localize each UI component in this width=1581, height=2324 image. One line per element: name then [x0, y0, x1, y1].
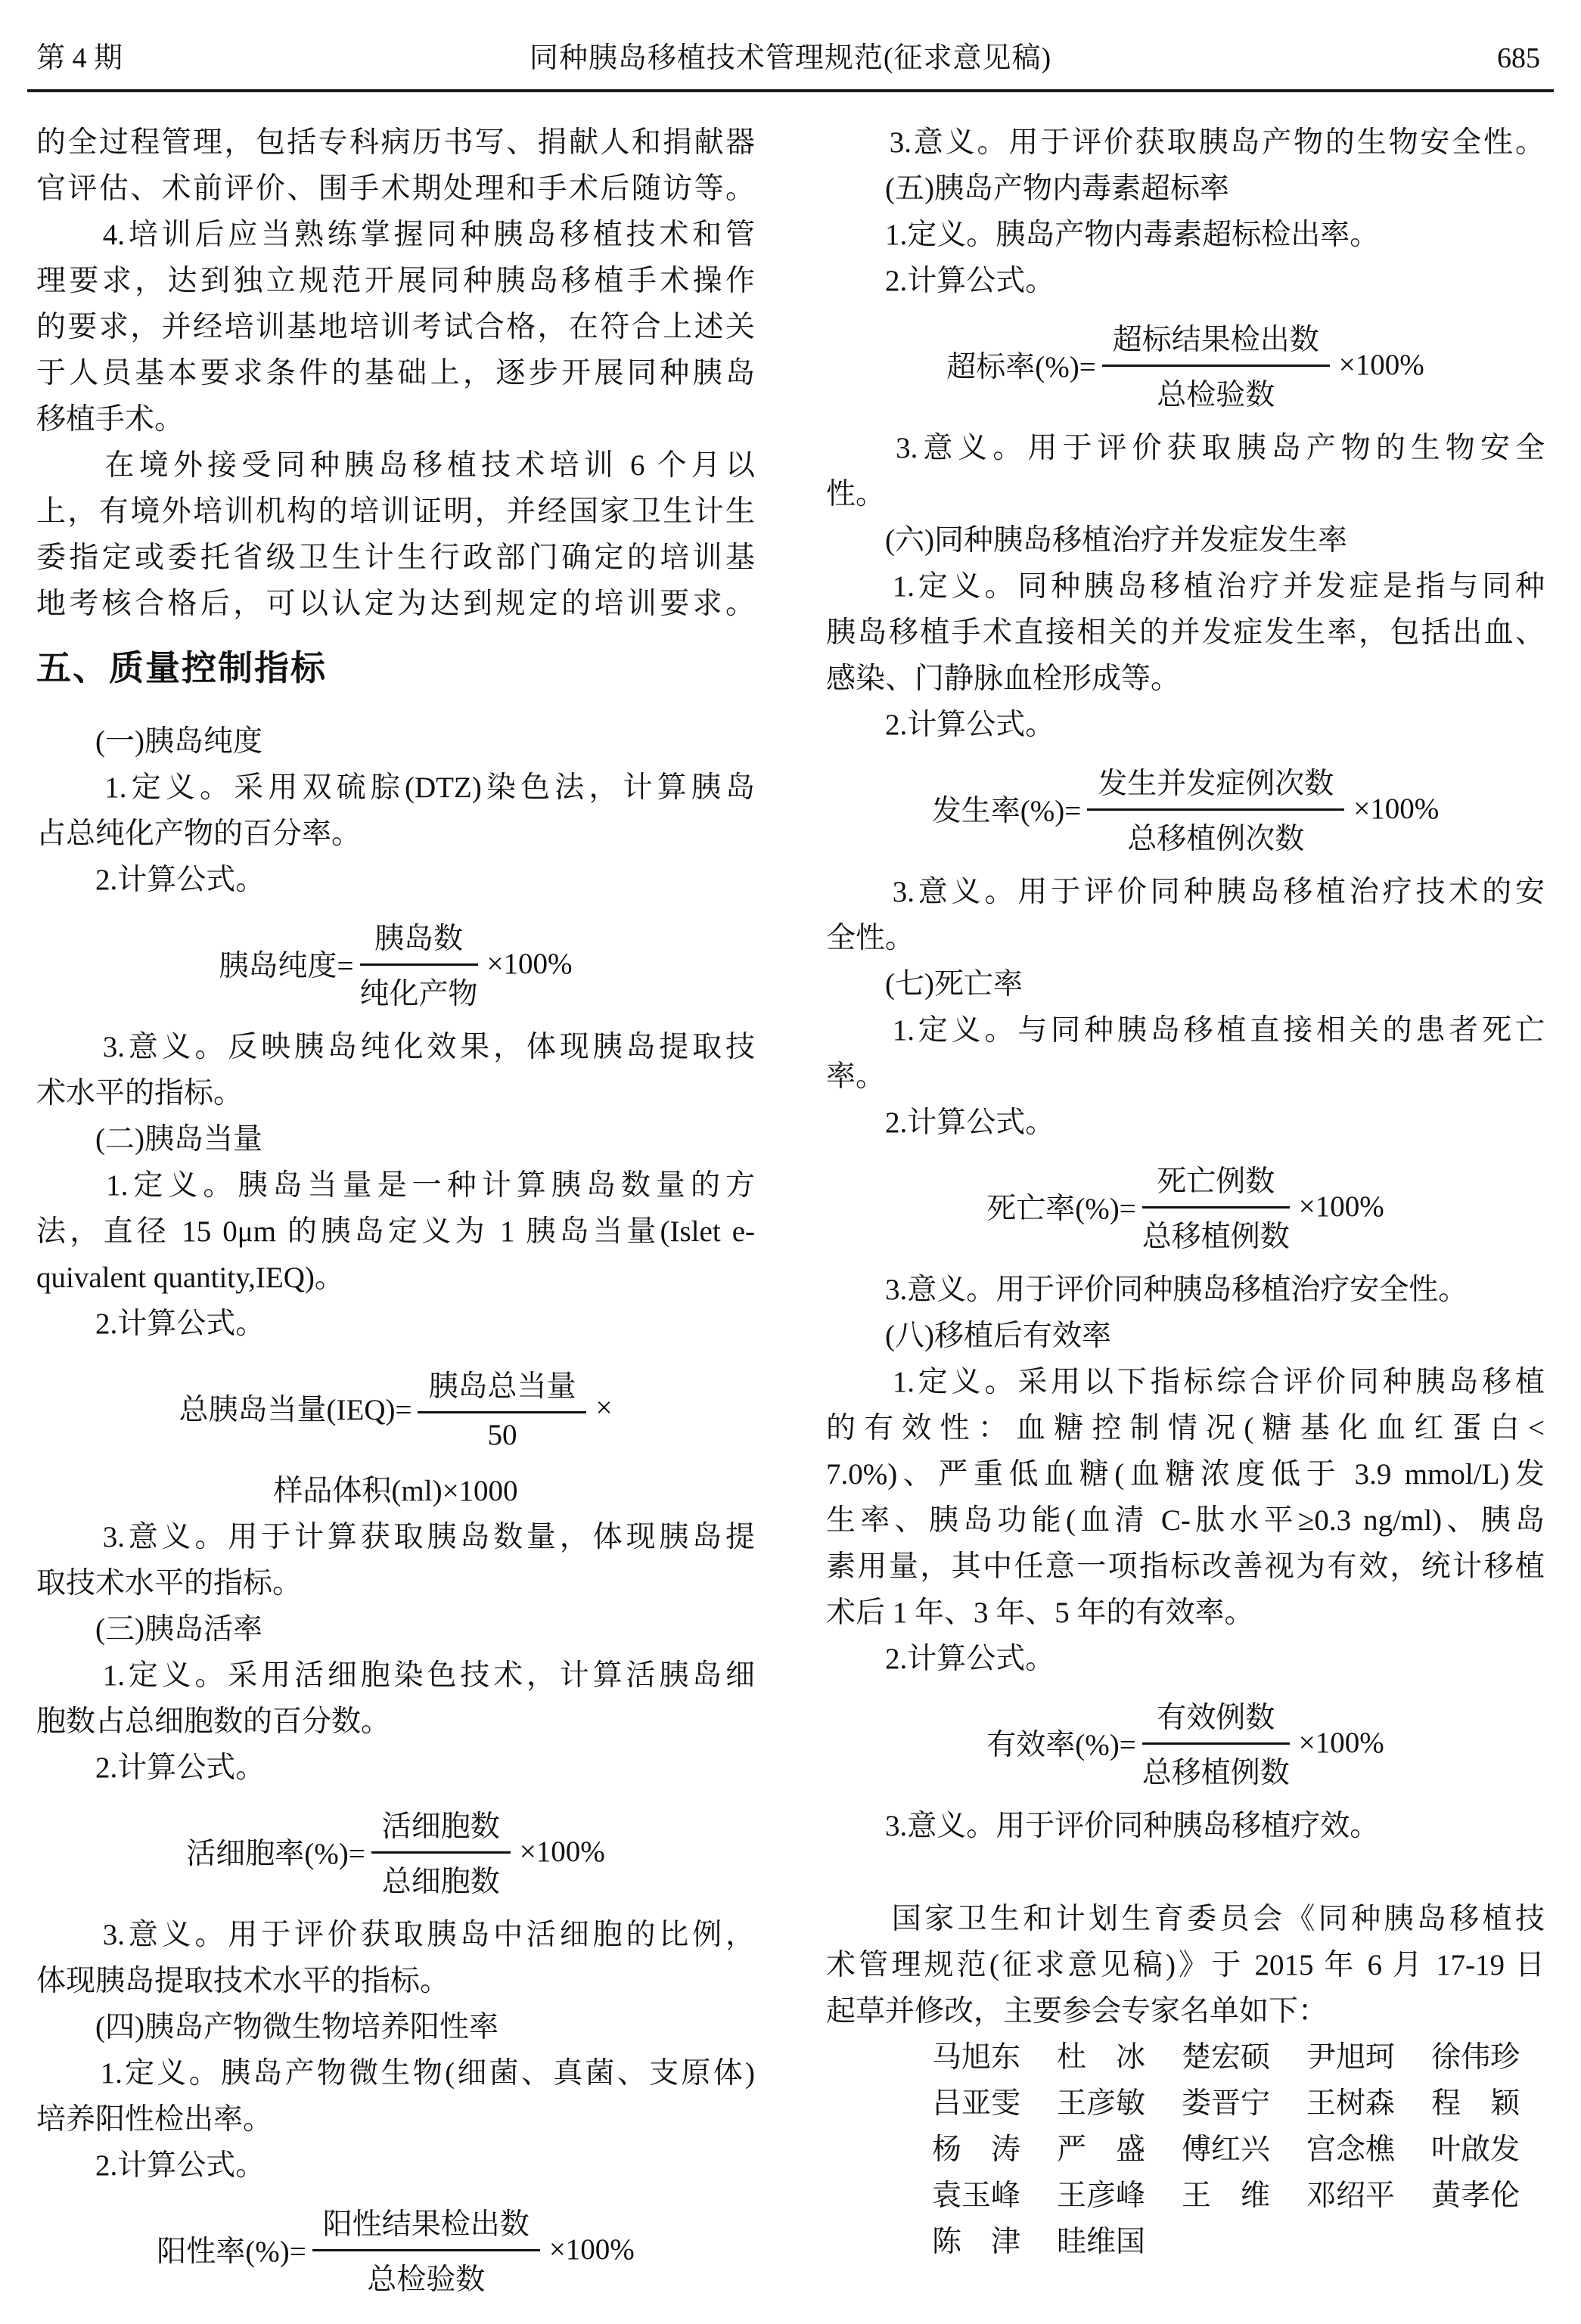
fraction: 发生并发症例次数总移植例次数	[1087, 760, 1344, 858]
expert-name: 徐伟珍	[1431, 2034, 1520, 2080]
fraction: 胰岛数纯化产物	[360, 915, 478, 1013]
text-line: 2.计算公式。	[826, 702, 1545, 748]
expert-name: 傅红兴	[1182, 2127, 1270, 2173]
expert-name: 娄晋宁	[1182, 2080, 1270, 2127]
expert-name: 邓绍平	[1306, 2173, 1395, 2219]
expert-name: 尹旭珂	[1306, 2034, 1395, 2080]
expert-name: 楚宏硕	[1182, 2034, 1270, 2080]
formula-suffix: ×100%	[1353, 792, 1439, 826]
left-column: 的全过程管理，包括专科病历书写、捐献人和捐献器官评估、术前评价、围手术期处理和手…	[36, 119, 755, 2310]
formula-suffix: ×100%	[1299, 1726, 1384, 1760]
text-line: 胰岛移植手术直接相关的并发症发生率，包括出血、	[826, 610, 1545, 656]
formula: 超标率(%)=超标结果检出数总检验数×100%	[826, 304, 1545, 425]
formula: 活细胞率(%)=活细胞数总细胞数×100%	[36, 1791, 755, 1912]
fraction-denominator: 总检验数	[312, 2251, 540, 2298]
text-line: 感染、门静脉血栓形成等。	[826, 656, 1545, 702]
fraction: 有效例数总移植例数	[1142, 1694, 1290, 1792]
names-row: 杨 涛严 盛傅红兴宫念樵叶啟发	[826, 2127, 1545, 2173]
fraction-denominator: 总检验数	[1102, 367, 1330, 414]
text-line: (五)胰岛产物内毒素超标率	[826, 166, 1545, 212]
names-row: 陈 津眭维国	[826, 2219, 1545, 2265]
formula: 总胰岛当量(IEQ)=胰岛总当量50×	[36, 1347, 755, 1468]
expert-name: 马旭东	[932, 2034, 1020, 2080]
formula: 胰岛纯度=胰岛数纯化产物×100%	[36, 903, 755, 1024]
expert-name: 程 颖	[1431, 2080, 1520, 2127]
formula-label: 有效率(%)=	[986, 1721, 1135, 1764]
text-line: 2.计算公式。	[826, 1100, 1545, 1146]
text-line: 2.计算公式。	[36, 1301, 755, 1347]
names-row: 袁玉峰王彦峰王 维邓绍平黄孝伦	[826, 2173, 1545, 2219]
fraction: 胰岛总当量50	[418, 1363, 586, 1452]
fraction-denominator: 总移植例数	[1142, 1745, 1290, 1792]
text-line: 的要求，并经培训基地培训考试合格，在符合上述关	[36, 304, 755, 350]
text-line: 3.意义。用于评价同种胰岛移植治疗安全性。	[826, 1267, 1545, 1313]
expert-name: 陈 津	[932, 2219, 1020, 2265]
journal-page: 第 4 期 同种胰岛移植技术管理规范(征求意见稿) 685 的全过程管理，包括专…	[0, 0, 1581, 2324]
names-row: 马旭东杜 冰楚宏硕尹旭珂徐伟珍	[826, 2034, 1545, 2080]
formula-label: 超标率(%)=	[946, 343, 1095, 386]
right-column: 3.意义。用于评价获取胰岛产物的生物安全性。 (五)胰岛产物内毒素超标率 1.定…	[826, 119, 1545, 2265]
text-line: 2.计算公式。	[36, 1745, 755, 1791]
fraction: 超标结果检出数总检验数	[1102, 316, 1330, 414]
fraction-numerator: 有效例数	[1142, 1694, 1290, 1745]
formula: 发生率(%)=发生并发症例次数总移植例次数×100%	[826, 748, 1545, 869]
expert-name: 吕亚雯	[932, 2080, 1020, 2127]
text-line: 的有效性：血糖控制情况(糖基化血红蛋白<	[826, 1405, 1545, 1451]
formula-suffix: ×100%	[487, 947, 573, 981]
expert-name: 严 盛	[1057, 2127, 1145, 2173]
formula-suffix: ×	[595, 1391, 612, 1425]
text-line: 7.0%)、严重低血糖(血糖浓度低于 3.9 mmol/L)发	[826, 1451, 1545, 1497]
text-line: 率。	[826, 1053, 1545, 1100]
expert-name: 杨 涛	[932, 2127, 1020, 2173]
expert-name: 王树森	[1306, 2080, 1395, 2127]
formula-suffix: ×100%	[1339, 348, 1424, 382]
formula-label: 阳性率(%)=	[157, 2228, 306, 2270]
fraction-numerator: 死亡例数	[1142, 1158, 1290, 1209]
text-line: 4.培训后应当熟练掌握同种胰岛移植技术和管	[36, 212, 755, 258]
fraction-denominator: 纯化产物	[360, 966, 478, 1013]
text-line: 3.意义。用于评价获取胰岛中活细胞的比例，	[36, 1912, 755, 1958]
fraction-numerator: 胰岛数	[360, 915, 478, 966]
text-line: 移植手术。	[36, 396, 755, 442]
formula: 死亡率(%)=死亡例数总移植例数×100%	[826, 1146, 1545, 1267]
fraction-denominator: 总细胞数	[371, 1854, 511, 1900]
fraction-numerator: 胰岛总当量	[418, 1363, 586, 1413]
expert-name: 黄孝伦	[1431, 2173, 1520, 2219]
expert-name: 王彦敏	[1057, 2080, 1145, 2127]
fraction-denominator: 50	[418, 1413, 586, 1452]
text-line: 3.意义。用于评价同种胰岛移植治疗技术的安	[826, 869, 1545, 915]
running-title: 同种胰岛移植技术管理规范(征求意见稿)	[36, 39, 1545, 77]
text-line: 1.定义。胰岛产物微生物(细菌、真菌、支原体)	[36, 2050, 755, 2096]
text-line: quivalent quantity,IEQ)。	[36, 1255, 755, 1301]
header-rule	[27, 89, 1554, 92]
fraction-denominator: 总移植例次数	[1087, 811, 1344, 858]
expert-name: 王 维	[1182, 2173, 1270, 2219]
text-line: 于人员基本要求条件的基础上，逐步开展同种胰岛	[36, 350, 755, 396]
text-line: 在境外接受同种胰岛移植技术培训 6 个月以	[36, 442, 755, 489]
text-line: 取技术水平的指标。	[36, 1560, 755, 1606]
text-line: 1.定义。采用以下指标综合评价同种胰岛移植	[826, 1359, 1545, 1405]
formula: 阳性率(%)=阳性结果检出数总检验数×100%	[36, 2189, 755, 2310]
formula-continuation: 样品体积(ml)×1000	[36, 1468, 755, 1514]
text-line: 1.定义。与同种胰岛移植直接相关的患者死亡	[826, 1007, 1545, 1053]
text-line: 2.计算公式。	[826, 258, 1545, 304]
text-line: 地考核合格后，可以认定为达到规定的培训要求。	[36, 581, 755, 627]
expert-name: 眭维国	[1057, 2219, 1145, 2265]
text-line: 1.定义。同种胰岛移植治疗并发症是指与同种	[826, 563, 1545, 610]
text-line: 术水平的指标。	[36, 1070, 755, 1116]
text-line: 上，有境外培训机构的培训证明，并经国家卫生计生	[36, 489, 755, 535]
section-heading: 五、质量控制指标	[36, 627, 755, 718]
text-line: 2.计算公式。	[36, 857, 755, 903]
text-line: 3.意义。用于评价获取胰岛产物的生物安全	[826, 425, 1545, 471]
spacer	[826, 1849, 1545, 1896]
text-line: 委指定或委托省级卫生计生行政部门确定的培训基	[36, 535, 755, 581]
text-line: 理要求，达到独立规范开展同种胰岛移植手术操作	[36, 258, 755, 304]
text-line: 2.计算公式。	[826, 1636, 1545, 1682]
text-line: (六)同种胰岛移植治疗并发症发生率	[826, 517, 1545, 563]
page-number: 685	[1497, 39, 1540, 77]
fraction: 活细胞数总细胞数	[371, 1803, 511, 1900]
text-line: 官评估、术前评价、围手术期处理和手术后随访等。	[36, 166, 755, 212]
names-row: 吕亚雯王彦敏娄晋宁王树森程 颖	[826, 2080, 1545, 2127]
formula-label: 总胰岛当量(IEQ)=	[179, 1386, 412, 1429]
text-line: (一)胰岛纯度	[36, 718, 755, 765]
expert-name: 叶啟发	[1431, 2127, 1520, 2173]
text-line: 生率、胰岛功能(血清 C-肽水平≥0.3 ng/ml)、胰岛	[826, 1497, 1545, 1544]
text-line: (七)死亡率	[826, 961, 1545, 1007]
text-line: 1.定义。采用双硫腙(DTZ)染色法，计算胰岛	[36, 765, 755, 811]
text-line: (二)胰岛当量	[36, 1116, 755, 1162]
text-line: 3.意义。用于计算获取胰岛数量，体现胰岛提	[36, 1514, 755, 1560]
fraction-numerator: 阳性结果检出数	[312, 2201, 540, 2251]
text-line: 1.定义。胰岛产物内毒素超标检出率。	[826, 212, 1545, 258]
text-line: 性。	[826, 471, 1545, 517]
text-line: 的全过程管理，包括专科病历书写、捐献人和捐献器	[36, 119, 755, 166]
expert-name: 杜 冰	[1057, 2034, 1145, 2080]
formula-label: 活细胞率(%)=	[186, 1830, 365, 1873]
formula-suffix: ×100%	[520, 1835, 605, 1869]
text-line: (八)移植后有效率	[826, 1313, 1545, 1359]
formula-suffix: ×100%	[1299, 1190, 1384, 1224]
text-line: 术后 1 年、3 年、5 年的有效率。	[826, 1590, 1545, 1636]
formula-label: 死亡率(%)=	[986, 1185, 1135, 1227]
fraction-numerator: 活细胞数	[371, 1803, 511, 1854]
text-line: 胞数占总细胞数的百分数。	[36, 1699, 755, 1745]
expert-name: 宫念樵	[1306, 2127, 1395, 2173]
text-line: 1.定义。胰岛当量是一种计算胰岛数量的方	[36, 1162, 755, 1209]
text-line: 2.计算公式。	[36, 2142, 755, 2189]
text-line: 3.意义。用于评价同种胰岛移植疗效。	[826, 1803, 1545, 1849]
formula: 有效率(%)=有效例数总移植例数×100%	[826, 1682, 1545, 1803]
text-line: 起草并修改，主要参会专家名单如下：	[826, 1988, 1545, 2034]
text-line: 法，直径 15 0μm 的胰岛定义为 1 胰岛当量(Islet e-	[36, 1209, 755, 1255]
page-header: 第 4 期 同种胰岛移植技术管理规范(征求意见稿) 685	[36, 39, 1545, 77]
text-line: 培养阳性检出率。	[36, 2096, 755, 2142]
fraction-numerator: 超标结果检出数	[1102, 316, 1330, 367]
formula-label: 发生率(%)=	[932, 787, 1081, 830]
text-line: 3.意义。用于评价获取胰岛产物的生物安全性。	[826, 119, 1545, 166]
expert-name: 袁玉峰	[932, 2173, 1020, 2219]
text-line: 全性。	[826, 915, 1545, 961]
text-line: 1.定义。采用活细胞染色技术，计算活胰岛细	[36, 1652, 755, 1699]
expert-name: 王彦峰	[1057, 2173, 1145, 2219]
formula-label: 胰岛纯度=	[219, 942, 354, 985]
fraction-denominator: 总移植例数	[1142, 1209, 1290, 1255]
text-line: 素用量，其中任意一项指标改善视为有效，统计移植	[826, 1544, 1545, 1590]
text-line: 占总纯化产物的百分率。	[36, 811, 755, 857]
fraction-numerator: 发生并发症例次数	[1087, 760, 1344, 811]
text-line: 国家卫生和计划生育委员会《同种胰岛移植技	[826, 1896, 1545, 1942]
formula-suffix: ×100%	[549, 2232, 635, 2267]
text-line: 体现胰岛提取技术水平的指标。	[36, 1958, 755, 2004]
text-line: 3.意义。反映胰岛纯化效果，体现胰岛提取技	[36, 1024, 755, 1070]
fraction: 死亡例数总移植例数	[1142, 1158, 1290, 1255]
fraction: 阳性结果检出数总检验数	[312, 2201, 540, 2298]
text-line: 术管理规范(征求意见稿)》于 2015 年 6 月 17-19 日	[826, 1942, 1545, 1988]
text-line: (三)胰岛活率	[36, 1606, 755, 1652]
text-line: (四)胰岛产物微生物培养阳性率	[36, 2004, 755, 2050]
